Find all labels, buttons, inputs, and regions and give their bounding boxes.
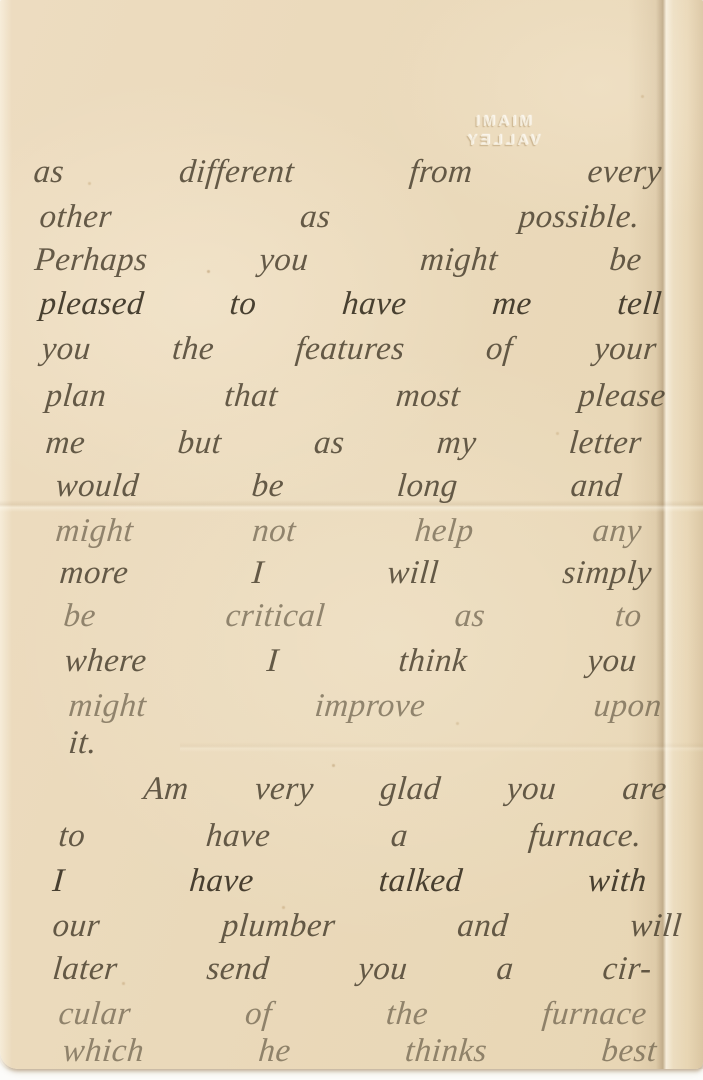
handwriting-line: which he thinks best bbox=[61, 1031, 658, 1071]
watermark-line: VALLEY bbox=[452, 131, 552, 150]
paper-foxing-specks bbox=[0, 0, 3, 3]
handwriting-line: later send you a cir- bbox=[51, 949, 653, 989]
handwriting-line: me but as my letter bbox=[44, 423, 643, 463]
letter-scan: MIAMI VALLEY as different from every oth… bbox=[0, 0, 703, 1080]
handwriting-line: as different from every bbox=[32, 152, 663, 192]
paper-edge-highlight bbox=[0, 0, 12, 1069]
handwriting-line: other as possible. bbox=[38, 197, 641, 237]
handwriting-line: might not help any bbox=[54, 511, 643, 551]
handwriting-line: I have talked with bbox=[51, 861, 648, 901]
handwriting-line: plan that most please bbox=[44, 376, 667, 416]
handwriting-line: might improve upon bbox=[67, 686, 663, 726]
handwriting-line: our plumber and will bbox=[51, 906, 683, 946]
handwriting-line: be critical as to bbox=[62, 596, 643, 636]
handwriting-line: cular of the furnace bbox=[57, 994, 648, 1034]
handwriting-line: it. bbox=[67, 723, 99, 763]
paper-edge-shade bbox=[687, 0, 703, 1069]
handwriting-line: more I will simply bbox=[58, 553, 653, 593]
handwriting-line: to have a furnace. bbox=[57, 816, 643, 856]
embossed-watermark: MIAMI VALLEY bbox=[452, 112, 552, 150]
handwriting-line: Am very glad you are bbox=[142, 769, 668, 809]
handwriting-line: Perhaps you might be bbox=[33, 240, 643, 280]
horizontal-crease-lower bbox=[180, 742, 703, 752]
handwriting-line: you the features of your bbox=[40, 329, 658, 369]
handwriting-line: would be long and bbox=[54, 466, 623, 506]
watermark-line: MIAMI bbox=[452, 112, 552, 131]
handwriting-line: pleased to have me tell bbox=[38, 284, 663, 324]
letter-page: MIAMI VALLEY as different from every oth… bbox=[0, 0, 703, 1069]
handwriting-line: where I think you bbox=[63, 641, 638, 681]
